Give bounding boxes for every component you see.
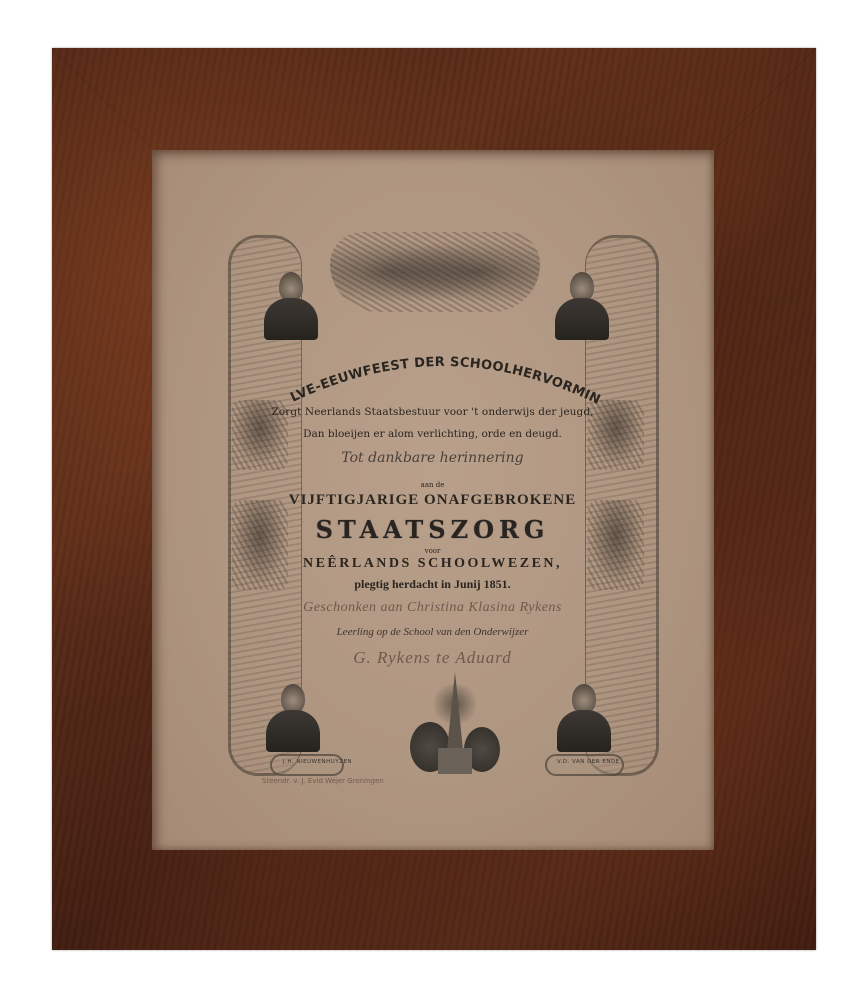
printer-imprint: Steendr. v. J. Evid Wejer Groningen <box>262 777 384 785</box>
top-ornament-cartouche <box>330 232 540 312</box>
portrait-top-left <box>262 268 320 340</box>
portrait-top-right <box>553 268 611 340</box>
arc-title: HALVE-EEUWFEEST DER SCHOOLHERVORMING. <box>288 340 598 410</box>
portrait-label-left: J.H. NIEUWENHUYZEN <box>283 759 352 765</box>
scroll-banner-left <box>270 754 344 776</box>
dedication-line: Tot dankbare herinnering <box>0 450 865 466</box>
main-heading: STAATSZORG <box>0 515 865 544</box>
subject-line-1: VIJFTIGJARIGE ONAFGEBROKENE <box>0 492 865 509</box>
handwritten-signature: G. Rykens te Aduard <box>0 648 865 668</box>
svg-text:HALVE-EEUWFEEST DER SCHOOLHERV: HALVE-EEUWFEEST DER SCHOOLHERVORMING. <box>282 329 602 408</box>
pupil-line: Leerling op de School van den Onderwijze… <box>0 626 865 638</box>
handwritten-recipient: Geschonken aan Christina Klasina Rykens <box>0 600 865 616</box>
verse-line-1: Zorgt Neerlands Staatsbestuur voor 't on… <box>0 406 865 418</box>
portrait-label-right: V.D. VAN DER ENDE <box>557 759 620 765</box>
voor-label: voor <box>0 547 865 555</box>
obelisk-monument-illustration <box>410 672 500 777</box>
portrait-bottom-right <box>555 680 613 752</box>
scroll-banner-right <box>545 754 624 776</box>
date-line: plegtig herdacht in Junij 1851. <box>0 577 865 592</box>
subject-line-2: NEÊRLANDS SCHOOLWEZEN, <box>0 556 865 572</box>
verse-line-2: Dan bloeijen er alom verlichting, orde e… <box>0 428 865 440</box>
aan-de-label: aan de <box>0 481 865 489</box>
portrait-bottom-left <box>264 680 322 752</box>
